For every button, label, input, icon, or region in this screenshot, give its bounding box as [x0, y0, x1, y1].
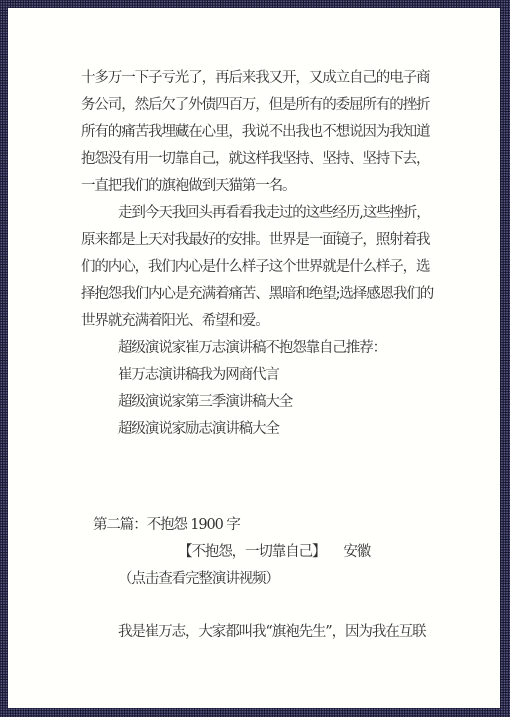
recommend-heading: 超级演说家崔万志演讲稿不抱怨靠自己推荐： [81, 335, 433, 362]
paragraph-line: 走到今天我回头再看看我走过的这些经历,这些挫折， [81, 200, 433, 227]
paragraph-line: 所有的痛苦我埋藏在心里，我说不出我也不想说因为我知道 [81, 119, 433, 146]
paragraph-line: 世界就充满着阳光、希望和爱。 [81, 308, 433, 335]
paragraph-line: 原来都是上天对我最好的安排。世界是一面镜子，照射着我 [81, 227, 433, 254]
paragraph-line: 务公司，然后欠了外债四百万，但是所有的委屈所有的挫折 [81, 92, 433, 119]
paragraph-line: 我是崔万志，大家都叫我“旗袍先生”，因为我在互联 [81, 619, 433, 646]
vertical-spacer [81, 443, 433, 512]
paragraph-line: 抱怨没有用一切靠自己，就这样我坚持、坚持、坚持下去， [81, 146, 433, 173]
paragraph-line: 十多万一下子亏光了，再后来我又开，又成立自己的电子商 [81, 65, 433, 92]
paragraph-line: 们的内心，我们内心是什么样子这个世界就是什么样子，选 [81, 254, 433, 281]
recommend-item: 崔万志演讲稿我为网商代言 [81, 362, 433, 389]
document-page: 十多万一下子亏光了，再后来我又开，又成立自己的电子商 务公司，然后欠了外债四百万… [8, 8, 500, 708]
recommend-item: 超级演说家第三季演讲稿大全 [81, 389, 433, 416]
document-text-area: 十多万一下子亏光了，再后来我又开，又成立自己的电子商 务公司，然后欠了外债四百万… [81, 65, 433, 646]
vertical-spacer [81, 593, 433, 619]
section-heading: 第二篇：不抱怨 1900 字 [81, 512, 433, 539]
video-link[interactable]: （点击查看完整演讲视频） [81, 566, 433, 593]
paragraph-line: 择抱怨我们内心是充满着痛苦、黑暗和绝望;选择感恩我们的 [81, 281, 433, 308]
page-border-frame: 十多万一下子亏光了，再后来我又开，又成立自己的电子商 务公司，然后欠了外债四百万… [0, 0, 510, 717]
recommend-item: 超级演说家励志演讲稿大全 [81, 416, 433, 443]
section-title: 【不抱怨，一切靠自己】 [178, 544, 325, 560]
section-title-line: 【不抱怨，一切靠自己】安徽 [81, 539, 433, 566]
section-region: 安徽 [343, 544, 370, 560]
paragraph-line: 一直把我们的旗袍做到天猫第一名。 [81, 173, 433, 200]
